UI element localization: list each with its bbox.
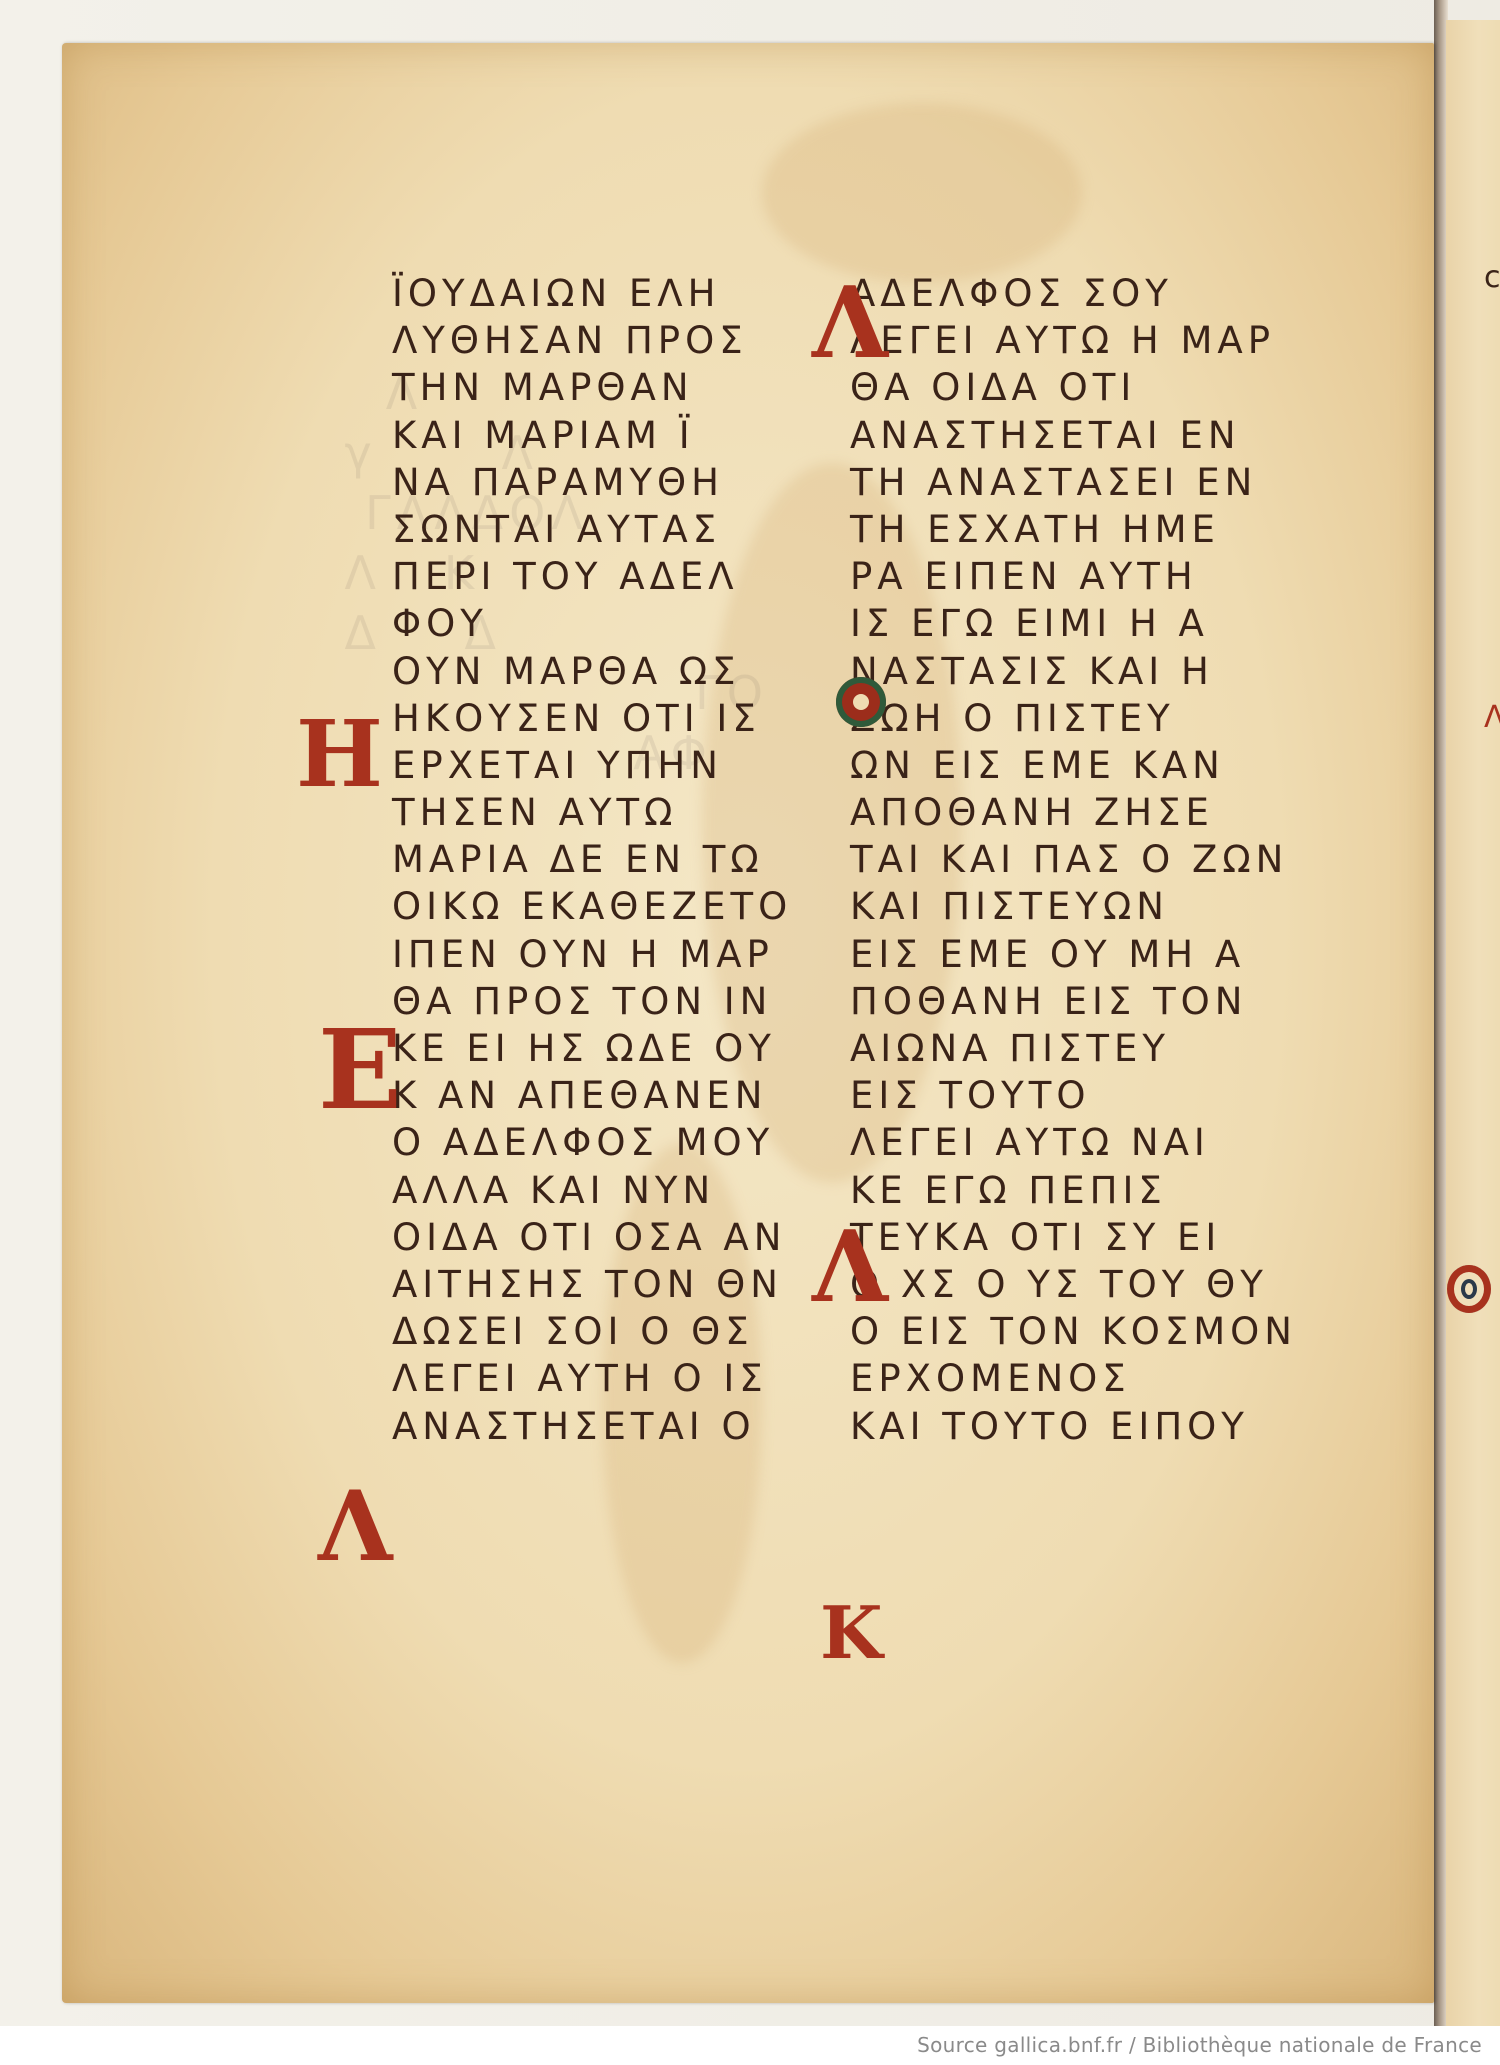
text-line: ηκουσεν οτι ις: [392, 695, 792, 742]
text-line: την μαρθαν: [392, 364, 792, 411]
text-line: λεγει αυτη ο ις: [392, 1355, 792, 1402]
text-line: δωσει σοι ο θς: [392, 1308, 792, 1355]
rubricated-initial: Κ: [820, 1590, 883, 1675]
text-line: τη αναστασει εν: [850, 459, 1297, 506]
facing-page-fragment: c: [1484, 260, 1500, 295]
text-line: θα προς τον ιν: [392, 978, 792, 1025]
ornamental-initial-omicron: [836, 677, 886, 727]
text-line: ται και πας ο ζων: [850, 836, 1297, 883]
text-line: ο εις τον κοσμον: [850, 1308, 1297, 1355]
text-line: τευκα οτι συ ει: [850, 1214, 1297, 1261]
rubricated-initial: Λ: [812, 1210, 888, 1325]
text-line: κ αν απεθανεν: [392, 1072, 792, 1119]
text-line: σωνται αυτας: [392, 506, 792, 553]
water-stain: [762, 103, 1082, 283]
facing-page-edge: [1446, 20, 1500, 2026]
text-line: και τουτο ειπου: [850, 1403, 1297, 1450]
text-line: περι του αδελ: [392, 553, 792, 600]
text-line: ο χς ο υς του θυ: [850, 1261, 1297, 1308]
text-line: και πιστευων: [850, 883, 1297, 930]
attribution-bar: Source gallica.bnf.fr / Bibliothèque nat…: [0, 2026, 1500, 2065]
text-line: λεγει αυτω ναι: [850, 1119, 1297, 1166]
text-line: οιδα οτι οσα αν: [392, 1214, 792, 1261]
text-line: και μαριαμ ϊ: [392, 412, 792, 459]
text-line: αναστησεται εν: [850, 412, 1297, 459]
facing-page-ornament: [1447, 1265, 1491, 1313]
rubricated-initial: Λ: [318, 1470, 392, 1583]
text-line: ζωη ο πιστευ: [850, 695, 1297, 742]
text-line: εις τουτο: [850, 1072, 1297, 1119]
text-line: αποθανη ζησε: [850, 789, 1297, 836]
text-line: ϊουδαιων ελη: [392, 270, 792, 317]
text-line: οικω εκαθεζετο: [392, 883, 792, 930]
text-line: κε εγω πεπισ: [850, 1167, 1297, 1214]
text-line: τησεν αυτω: [392, 789, 792, 836]
text-line: να παραμυθη: [392, 459, 792, 506]
text-line: ουν μαρθα ως: [392, 648, 792, 695]
text-line: αιτησης τον θν: [392, 1261, 792, 1308]
text-line: ιπεν ουν η μαρ: [392, 931, 792, 978]
text-line: ερχεται υπην: [392, 742, 792, 789]
text-line: αδελφος σου: [850, 270, 1297, 317]
text-line: μαρια δε εν τω: [392, 836, 792, 883]
text-line: ποθανη εις τον: [850, 978, 1297, 1025]
text-line: ναστασις και η: [850, 648, 1297, 695]
text-line: ο αδελφος μου: [392, 1119, 792, 1166]
text-line: τη εσχατη ημε: [850, 506, 1297, 553]
rubricated-initial: Η: [296, 700, 383, 808]
text-line: φου: [392, 600, 792, 647]
source-credit: Source gallica.bnf.fr / Bibliothèque nat…: [917, 2033, 1482, 2057]
text-line: εις εμε ου μη α: [850, 931, 1297, 978]
text-line: κε ει ης ωδε ου: [392, 1025, 792, 1072]
text-line: αιωνα πιστευ: [850, 1025, 1297, 1072]
text-line: ρα ειπεν αυτη: [850, 553, 1297, 600]
text-line: λυθησαν προς: [392, 317, 792, 364]
rubricated-initial: Ε: [318, 1005, 402, 1134]
left-text-column: ϊουδαιων ελη λυθησαν προς την μαρθαν και…: [392, 270, 792, 1450]
text-line: ερχομενος: [850, 1355, 1297, 1402]
text-line: λεγει αυτω η μαρ: [850, 317, 1297, 364]
right-text-column: αδελφος σου λεγει αυτω η μαρ θα οιδα οτι…: [850, 270, 1297, 1450]
text-line: αλλα και νυν: [392, 1167, 792, 1214]
facing-page-fragment: Λ: [1484, 700, 1500, 735]
text-line: ων εις εμε καν: [850, 742, 1297, 789]
text-line: θα οιδα οτι: [850, 364, 1297, 411]
text-line: ις εγω ειμι η α: [850, 600, 1297, 647]
rubricated-initial: Λ: [812, 266, 888, 381]
text-line: αναστησεται ο: [392, 1403, 792, 1450]
